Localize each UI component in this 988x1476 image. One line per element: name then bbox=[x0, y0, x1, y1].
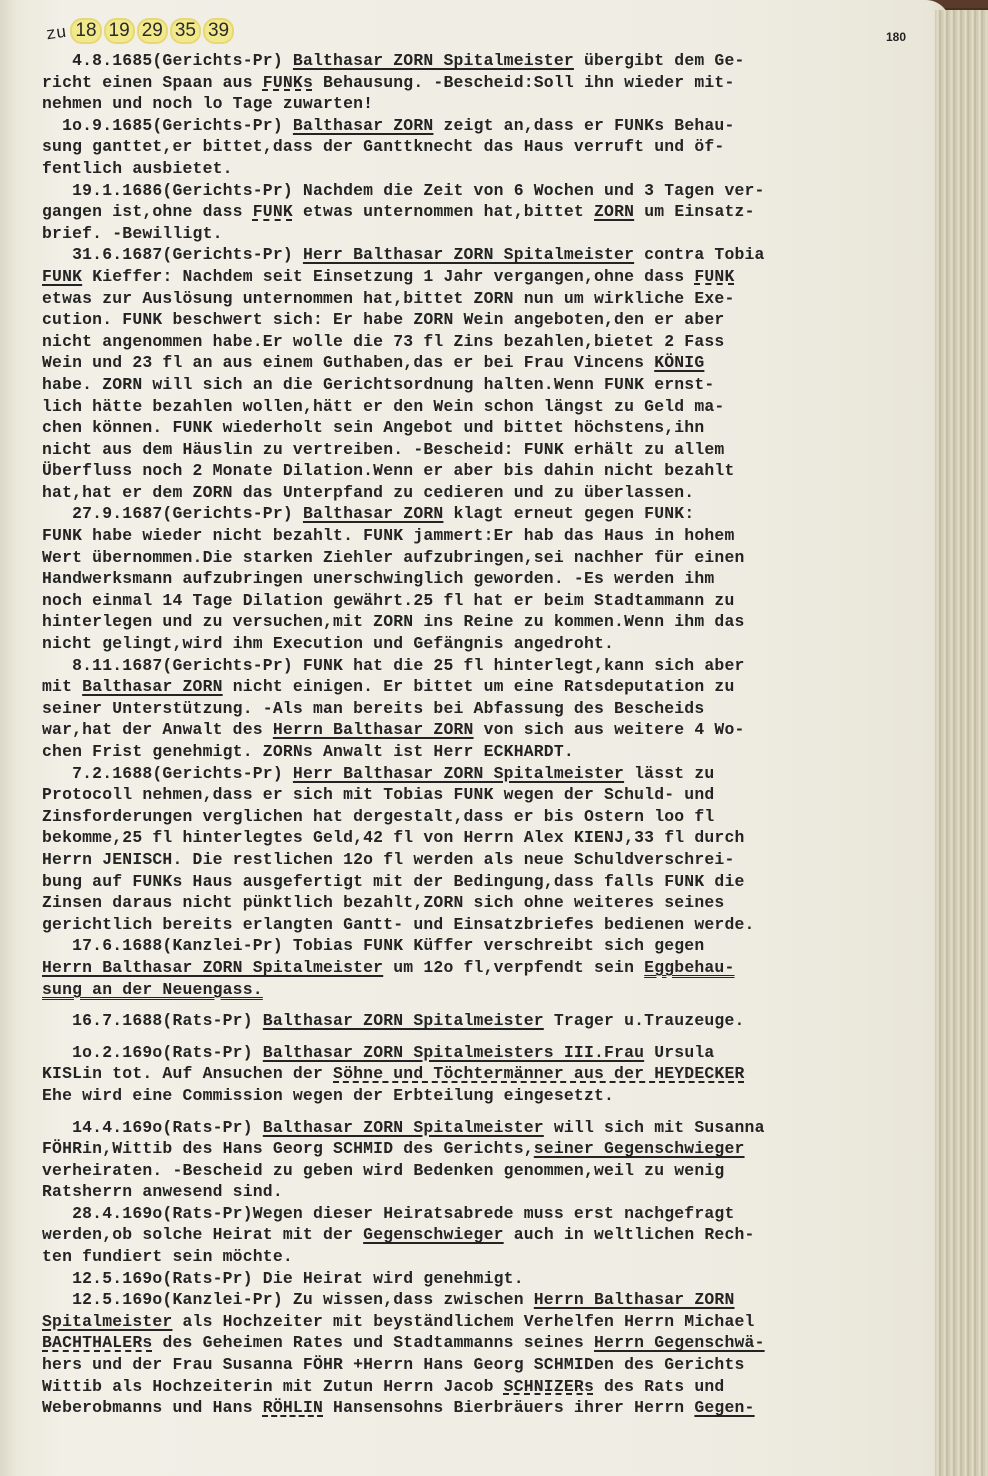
underlined-name: FUNK bbox=[42, 267, 82, 286]
underlined-name: Balthasar ZORN bbox=[293, 116, 434, 135]
text-segment: Handwerksmann aufzubringen unerschwingli… bbox=[42, 569, 714, 588]
underlined-name: Balthasar ZORN bbox=[82, 677, 223, 696]
text-line: 7.2.1688(Gerichts-Pr) Herr Balthasar ZOR… bbox=[42, 763, 922, 785]
record-entry: 7.2.1688(Gerichts-Pr) Herr Balthasar ZOR… bbox=[42, 763, 922, 936]
underlined-name: Balthasar ZORN Spitalmeister bbox=[263, 1118, 544, 1137]
text-line: 8.11.1687(Gerichts-Pr) FUNK hat die 25 f… bbox=[42, 655, 922, 677]
underlined-name: Balthasar ZORN bbox=[303, 504, 444, 523]
text-segment: chen können. FUNK wiederholt sein Angebo… bbox=[42, 418, 704, 437]
reference-number: 35 bbox=[170, 18, 201, 44]
text-segment: fentlich ausbietet. bbox=[42, 159, 233, 178]
text-segment: mit bbox=[42, 677, 82, 696]
text-line: mit Balthasar ZORN nicht einigen. Er bit… bbox=[42, 676, 922, 698]
text-line: 12.5.169o(Kanzlei-Pr) Zu wissen,dass zwi… bbox=[42, 1289, 922, 1311]
text-segment: Herrn JENISCH. Die restlichen 12o fl wer… bbox=[42, 850, 734, 869]
text-line: bung auf FUNKs Haus ausgefertigt mit der… bbox=[42, 871, 922, 893]
text-segment: 14.4.169o(Rats-Pr) bbox=[42, 1118, 263, 1137]
text-line: hers und der Frau Susanna FÖHR +Herrn Ha… bbox=[42, 1354, 922, 1376]
text-segment: Trager u.Trauzeuge. bbox=[544, 1011, 745, 1030]
text-segment: war,hat der Anwalt des bbox=[42, 720, 273, 739]
text-line: KISLin tot. Auf Ansuchen der Söhne und T… bbox=[42, 1063, 922, 1085]
text-segment: 4.8.1685(Gerichts-Pr) bbox=[42, 51, 293, 70]
text-segment: als Hochzeiter mit beyständlichem Verhel… bbox=[172, 1312, 754, 1331]
record-entry: 28.4.169o(Rats-Pr)Wegen dieser Heiratsab… bbox=[42, 1203, 922, 1268]
underlined-name: Balthasar ZORN Spitalmeister bbox=[293, 51, 574, 70]
text-line: 14.4.169o(Rats-Pr) Balthasar ZORN Spital… bbox=[42, 1117, 922, 1139]
record-entry: 17.6.1688(Kanzlei-Pr) Tobias FUNK Küffer… bbox=[42, 935, 922, 1000]
record-entry: 8.11.1687(Gerichts-Pr) FUNK hat die 25 f… bbox=[42, 655, 922, 763]
text-segment: FÖHRin,Wittib des Hans Georg SCHMID des … bbox=[42, 1139, 534, 1158]
underlined-name: seiner Gegenschwieger bbox=[534, 1139, 745, 1158]
text-line: Ratsherrn anwesend sind. bbox=[42, 1181, 922, 1203]
underlined-name: Herr Balthasar ZORN Spitalmeister bbox=[303, 245, 634, 264]
text-line: Wert übernommen.Die starken Ziehler aufz… bbox=[42, 547, 922, 569]
text-segment: hers und der Frau Susanna FÖHR +Herrn Ha… bbox=[42, 1355, 745, 1374]
underlined-name: Spitalmeister bbox=[42, 1312, 172, 1331]
text-segment: Wert übernommen.Die starken Ziehler aufz… bbox=[42, 548, 745, 567]
text-segment: Zinsforderungen verglichen hat dergestal… bbox=[42, 807, 714, 826]
text-line: Herrn JENISCH. Die restlichen 12o fl wer… bbox=[42, 849, 922, 871]
underlined-name: Söhne und Töchtermänner aus der HEYDECKE… bbox=[333, 1064, 744, 1083]
text-segment: 27.9.1687(Gerichts-Pr) bbox=[42, 504, 303, 523]
text-line: Zinsforderungen verglichen hat dergestal… bbox=[42, 806, 922, 828]
text-segment: um Einsatz- bbox=[634, 202, 754, 221]
text-segment: noch einmal 14 Tage Dilation gewährt.25 … bbox=[42, 591, 734, 610]
text-line: gangen ist,ohne dass FUNK etwas unternom… bbox=[42, 201, 922, 223]
text-segment: gangen ist,ohne dass bbox=[42, 202, 253, 221]
underlined-name: BACHTHALERs bbox=[42, 1333, 152, 1352]
text-segment: verheiraten. -Bescheid zu geben wird Bed… bbox=[42, 1161, 724, 1180]
spacer bbox=[42, 1032, 922, 1042]
text-segment: 1o.2.169o(Rats-Pr) bbox=[42, 1043, 263, 1062]
text-line: 17.6.1688(Kanzlei-Pr) Tobias FUNK Küffer… bbox=[42, 935, 922, 957]
text-line: nicht aus dem Häuslin zu vertreiben. -Be… bbox=[42, 439, 922, 461]
text-segment: Zinsen daraus nicht pünktlich bezahlt,ZO… bbox=[42, 893, 724, 912]
text-segment: Kieffer: Nachdem seit Einsetzung 1 Jahr … bbox=[82, 267, 694, 286]
underlined-name: Gegen- bbox=[694, 1398, 754, 1417]
text-segment: Ratsherrn anwesend sind. bbox=[42, 1182, 283, 1201]
underlined-name: Herrn Balthasar ZORN bbox=[273, 720, 474, 739]
underlined-name: KÖNIG bbox=[654, 353, 704, 372]
text-line: Wittib als Hochzeiterin mit Zutun Herrn … bbox=[42, 1376, 922, 1398]
text-segment: klagt erneut gegen FUNK: bbox=[443, 504, 694, 523]
reference-number: 18 bbox=[70, 18, 101, 44]
underlined-name: sung an der Neuengass. bbox=[42, 980, 263, 999]
underlined-name: Eggbehau- bbox=[644, 958, 734, 977]
text-line: 31.6.1687(Gerichts-Pr) Herr Balthasar ZO… bbox=[42, 244, 922, 266]
text-line: gerichtlich bereits erlangten Gantt- und… bbox=[42, 914, 922, 936]
reference-list: 1819293539 bbox=[70, 18, 234, 44]
text-line: hat,hat er dem ZORN das Unterpfand zu ce… bbox=[42, 482, 922, 504]
text-line: habe. ZORN will sich an die Gerichtsordn… bbox=[42, 374, 922, 396]
text-line: Zinsen daraus nicht pünktlich bezahlt,ZO… bbox=[42, 892, 922, 914]
text-segment: will sich mit Susanna bbox=[544, 1118, 765, 1137]
text-segment: etwas unternommen hat,bittet bbox=[293, 202, 594, 221]
record-entry: 12.5.169o(Kanzlei-Pr) Zu wissen,dass zwi… bbox=[42, 1289, 922, 1419]
record-entry: 27.9.1687(Gerichts-Pr) Balthasar ZORN kl… bbox=[42, 503, 922, 654]
text-line: richt einen Spaan aus FUNKs Behausung. -… bbox=[42, 72, 922, 94]
underlined-name: FUNK bbox=[253, 202, 293, 221]
text-segment: um 12o fl,verpfendt sein bbox=[383, 958, 644, 977]
text-segment: Weberobmanns und Hans bbox=[42, 1398, 263, 1417]
record-entry: 1o.9.1685(Gerichts-Pr) Balthasar ZORN ze… bbox=[42, 115, 922, 180]
underlined-name: FUNK bbox=[694, 267, 734, 286]
text-line: hinterlegen und zu versuchen,mit ZORN in… bbox=[42, 611, 922, 633]
text-segment: lässt zu bbox=[624, 764, 714, 783]
underlined-name: Herrn Balthasar ZORN bbox=[534, 1290, 735, 1309]
record-entry: 12.5.169o(Rats-Pr) Die Heirat wird geneh… bbox=[42, 1268, 922, 1290]
text-segment: 12.5.169o(Rats-Pr) Die Heirat wird geneh… bbox=[42, 1269, 524, 1288]
record-entry: 4.8.1685(Gerichts-Pr) Balthasar ZORN Spi… bbox=[42, 50, 922, 115]
underlined-name: Herrn Balthasar ZORN Spitalmeister bbox=[42, 958, 383, 977]
text-segment: nehmen und noch lo Tage zuwarten! bbox=[42, 94, 373, 113]
text-segment: 19.1.1686(Gerichts-Pr) Nachdem die Zeit … bbox=[42, 181, 765, 200]
text-line: FUNK Kieffer: Nachdem seit Einsetzung 1 … bbox=[42, 266, 922, 288]
text-line: etwas zur Auslösung unternommen hat,bitt… bbox=[42, 288, 922, 310]
text-line: Wein und 23 fl an aus einem Guthaben,das… bbox=[42, 352, 922, 374]
underlined-name: ZORN bbox=[594, 202, 634, 221]
text-line: sung ganttet,er bittet,dass der Ganttkne… bbox=[42, 136, 922, 158]
text-line: ten fundiert sein möchte. bbox=[42, 1246, 922, 1268]
text-segment: hat,hat er dem ZORN das Unterpfand zu ce… bbox=[42, 483, 694, 502]
text-segment: des Geheimen Rates und Stadtammanns sein… bbox=[152, 1333, 594, 1352]
text-segment: ten fundiert sein möchte. bbox=[42, 1247, 293, 1266]
text-line: 4.8.1685(Gerichts-Pr) Balthasar ZORN Spi… bbox=[42, 50, 922, 72]
underlined-name: Balthasar ZORN Spitalmeister bbox=[263, 1011, 544, 1030]
spacer bbox=[42, 1000, 922, 1010]
text-segment: Ehe wird eine Commission wegen der Erbte… bbox=[42, 1086, 614, 1105]
text-line: nicht angenommen habe.Er wolle die 73 fl… bbox=[42, 331, 922, 353]
record-entry: 31.6.1687(Gerichts-Pr) Herr Balthasar ZO… bbox=[42, 244, 922, 503]
text-segment: Protocoll nehmen,dass er sich mit Tobias… bbox=[42, 785, 714, 804]
underlined-name: Herrn Gegenschwä- bbox=[594, 1333, 765, 1352]
text-line: verheiraten. -Bescheid zu geben wird Bed… bbox=[42, 1160, 922, 1182]
text-segment: 28.4.169o(Rats-Pr)Wegen dieser Heiratsab… bbox=[42, 1204, 734, 1223]
text-line: BACHTHALERs des Geheimen Rates und Stadt… bbox=[42, 1332, 922, 1354]
text-segment: 7.2.1688(Gerichts-Pr) bbox=[42, 764, 293, 783]
underlined-name: FUNKs bbox=[263, 73, 313, 92]
text-line: sung an der Neuengass. bbox=[42, 979, 922, 1001]
text-line: brief. -Bewilligt. bbox=[42, 223, 922, 245]
text-line: 16.7.1688(Rats-Pr) Balthasar ZORN Spital… bbox=[42, 1010, 922, 1032]
text-segment: 31.6.1687(Gerichts-Pr) bbox=[42, 245, 303, 264]
text-segment: sung ganttet,er bittet,dass der Ganttkne… bbox=[42, 137, 724, 156]
text-segment: KISLin tot. Auf Ansuchen der bbox=[42, 1064, 333, 1083]
text-segment: 8.11.1687(Gerichts-Pr) FUNK hat die 25 f… bbox=[42, 656, 745, 675]
text-segment: seiner Unterstützung. -Als man bereits b… bbox=[42, 699, 704, 718]
text-segment: übergibt dem Ge- bbox=[574, 51, 745, 70]
text-segment: Wittib als Hochzeiterin mit Zutun Herrn … bbox=[42, 1377, 504, 1396]
text-segment: Wein und 23 fl an aus einem Guthaben,das… bbox=[42, 353, 654, 372]
reference-number: 29 bbox=[137, 18, 168, 44]
page-number: 180 bbox=[886, 30, 906, 44]
text-segment: Behausung. -Bescheid:Soll ihn wieder mit… bbox=[313, 73, 735, 92]
underlined-name: SCHNIZERs bbox=[504, 1377, 594, 1396]
text-segment: chen Frist genehmigt. ZORNs Anwalt ist H… bbox=[42, 742, 574, 761]
text-line: 12.5.169o(Rats-Pr) Die Heirat wird geneh… bbox=[42, 1268, 922, 1290]
text-line: FÖHRin,Wittib des Hans Georg SCHMID des … bbox=[42, 1138, 922, 1160]
text-line: chen Frist genehmigt. ZORNs Anwalt ist H… bbox=[42, 741, 922, 763]
text-segment: nicht gelingt,wird ihm Execution und Gef… bbox=[42, 634, 614, 653]
text-segment: werden,ob solche Heirat mit der bbox=[42, 1225, 363, 1244]
text-segment: nicht einigen. Er bittet um eine Ratsdep… bbox=[223, 677, 735, 696]
text-line: nicht gelingt,wird ihm Execution und Gef… bbox=[42, 633, 922, 655]
text-line: werden,ob solche Heirat mit der Gegensch… bbox=[42, 1224, 922, 1246]
text-line: 1o.9.1685(Gerichts-Pr) Balthasar ZORN ze… bbox=[42, 115, 922, 137]
text-line: Ehe wird eine Commission wegen der Erbte… bbox=[42, 1085, 922, 1107]
text-segment: von sich aus weitere 4 Wo- bbox=[474, 720, 745, 739]
text-line: Spitalmeister als Hochzeiter mit beystän… bbox=[42, 1311, 922, 1333]
text-line: Herrn Balthasar ZORN Spitalmeister um 12… bbox=[42, 957, 922, 979]
text-segment: richt einen Spaan aus bbox=[42, 73, 263, 92]
text-segment: 12.5.169o(Kanzlei-Pr) Zu wissen,dass zwi… bbox=[42, 1290, 534, 1309]
text-segment: auch in weltlichen Rech- bbox=[504, 1225, 755, 1244]
spacer bbox=[42, 1107, 922, 1117]
text-line: Handwerksmann aufzubringen unerschwingli… bbox=[42, 568, 922, 590]
text-line: cution. FUNK beschwert sich: Er habe ZOR… bbox=[42, 309, 922, 331]
text-segment: brief. -Bewilligt. bbox=[42, 224, 223, 243]
reference-number: 19 bbox=[104, 18, 135, 44]
text-line: war,hat der Anwalt des Herrn Balthasar Z… bbox=[42, 719, 922, 741]
text-segment: 17.6.1688(Kanzlei-Pr) Tobias FUNK Küffer… bbox=[42, 936, 704, 955]
text-line: noch einmal 14 Tage Dilation gewährt.25 … bbox=[42, 590, 922, 612]
text-line: nehmen und noch lo Tage zuwarten! bbox=[42, 93, 922, 115]
reference-header: zu 1819293539 bbox=[46, 18, 234, 44]
text-line: FUNK habe wieder nicht bezahlt. FUNK jam… bbox=[42, 525, 922, 547]
document-body: 4.8.1685(Gerichts-Pr) Balthasar ZORN Spi… bbox=[42, 50, 922, 1419]
text-segment: contra Tobia bbox=[634, 245, 764, 264]
page-edges bbox=[935, 10, 988, 1476]
underlined-name: Gegenschwieger bbox=[363, 1225, 504, 1244]
reference-number: 39 bbox=[203, 18, 234, 44]
text-line: 28.4.169o(Rats-Pr)Wegen dieser Heiratsab… bbox=[42, 1203, 922, 1225]
text-line: seiner Unterstützung. -Als man bereits b… bbox=[42, 698, 922, 720]
text-line: 1o.2.169o(Rats-Pr) Balthasar ZORN Spital… bbox=[42, 1042, 922, 1064]
record-entry: 1o.2.169o(Rats-Pr) Balthasar ZORN Spital… bbox=[42, 1042, 922, 1107]
text-line: fentlich ausbietet. bbox=[42, 158, 922, 180]
text-segment: lich hätte bezahlen wollen,hätt er den W… bbox=[42, 397, 724, 416]
text-segment: etwas zur Auslösung unternommen hat,bitt… bbox=[42, 289, 734, 308]
text-line: 19.1.1686(Gerichts-Pr) Nachdem die Zeit … bbox=[42, 180, 922, 202]
text-segment: habe. ZORN will sich an die Gerichtsordn… bbox=[42, 375, 714, 394]
record-entry: 14.4.169o(Rats-Pr) Balthasar ZORN Spital… bbox=[42, 1117, 922, 1203]
text-segment: FUNK habe wieder nicht bezahlt. FUNK jam… bbox=[42, 526, 734, 545]
text-line: bekomme,25 fl hinterlegtes Geld,42 fl vo… bbox=[42, 827, 922, 849]
reference-prefix: zu bbox=[45, 24, 68, 46]
text-segment: 16.7.1688(Rats-Pr) bbox=[42, 1011, 263, 1030]
text-segment: nicht aus dem Häuslin zu vertreiben. -Be… bbox=[42, 440, 724, 459]
text-line: lich hätte bezahlen wollen,hätt er den W… bbox=[42, 396, 922, 418]
text-segment: gerichtlich bereits erlangten Gantt- und… bbox=[42, 915, 755, 934]
text-line: Protocoll nehmen,dass er sich mit Tobias… bbox=[42, 784, 922, 806]
underlined-name: RÖHLIN bbox=[263, 1398, 323, 1417]
text-segment: nicht angenommen habe.Er wolle die 73 fl… bbox=[42, 332, 724, 351]
text-segment: bekomme,25 fl hinterlegtes Geld,42 fl vo… bbox=[42, 828, 745, 847]
text-line: Weberobmanns und Hans RÖHLIN Hansensohns… bbox=[42, 1397, 922, 1419]
text-segment: Hansensohns Bierbräuers ihrer Herrn bbox=[323, 1398, 694, 1417]
record-entry: 19.1.1686(Gerichts-Pr) Nachdem die Zeit … bbox=[42, 180, 922, 245]
text-segment: Überfluss noch 2 Monate Dilation.Wenn er… bbox=[42, 461, 734, 480]
record-entry: 16.7.1688(Rats-Pr) Balthasar ZORN Spital… bbox=[42, 1010, 922, 1032]
text-segment: 1o.9.1685(Gerichts-Pr) bbox=[42, 116, 293, 135]
text-line: chen können. FUNK wiederholt sein Angebo… bbox=[42, 417, 922, 439]
text-segment: hinterlegen und zu versuchen,mit ZORN in… bbox=[42, 612, 745, 631]
underlined-name: Herr Balthasar ZORN Spitalmeister bbox=[293, 764, 624, 783]
text-line: 27.9.1687(Gerichts-Pr) Balthasar ZORN kl… bbox=[42, 503, 922, 525]
underlined-name: Balthasar ZORN Spitalmeisters III.Frau bbox=[263, 1043, 644, 1062]
text-segment: bung auf FUNKs Haus ausgefertigt mit der… bbox=[42, 872, 745, 891]
text-segment: des Rats und bbox=[594, 1377, 724, 1396]
text-segment: Ursula bbox=[644, 1043, 714, 1062]
text-line: Überfluss noch 2 Monate Dilation.Wenn er… bbox=[42, 460, 922, 482]
text-segment: cution. FUNK beschwert sich: Er habe ZOR… bbox=[42, 310, 724, 329]
text-segment: zeigt an,dass er FUNKs Behau- bbox=[433, 116, 734, 135]
